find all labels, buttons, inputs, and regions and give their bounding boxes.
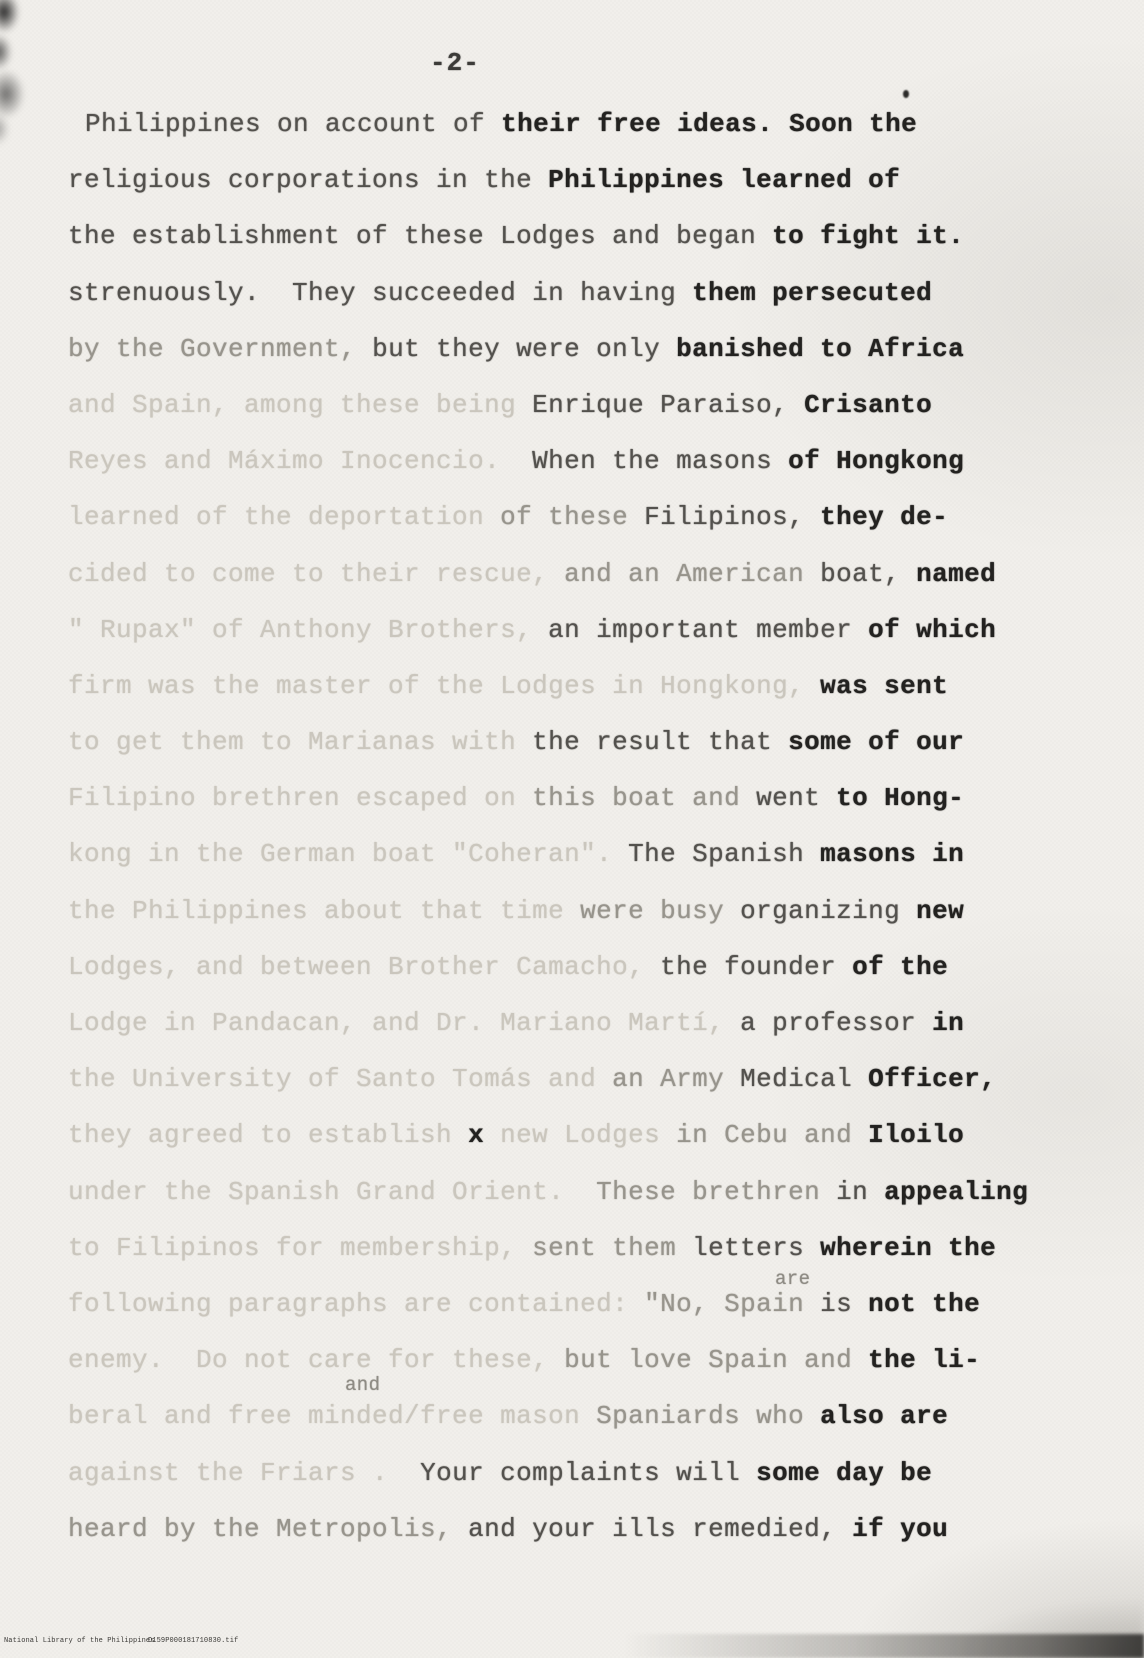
text-segment: When the masons: [532, 446, 788, 476]
text-segment: the establishment of these Lodges and be…: [68, 221, 772, 251]
text-segment: to get them to Marianas with: [68, 727, 532, 757]
scanned-document-page: -2- Philippines on account of their free…: [0, 0, 1144, 1658]
text-segment: their free ideas. Soon the: [501, 109, 917, 139]
text-line: Reyes and Máximo Inocencio. When the mas…: [68, 433, 1128, 489]
text-segment: was sent: [820, 671, 948, 701]
text-segment: and an American: [564, 559, 820, 589]
text-segment: Enrique Paraiso,: [532, 390, 804, 420]
footer-library-label: National Library of the Philippines: [4, 1637, 155, 1645]
text-line: heard by the Metropolis, and your ills r…: [68, 1501, 1128, 1557]
scan-footer: National Library of the Philippines D159…: [0, 1637, 1144, 1651]
text-segment: sent them: [532, 1233, 692, 1263]
text-segment: were busy: [580, 896, 740, 926]
text-segment: against the Friars .: [68, 1458, 420, 1488]
text-segment: Your complaints will: [420, 1458, 756, 1488]
text-segment: the founder: [660, 952, 852, 982]
text-line: " Rupax" of Anthony Brothers, an importa…: [68, 602, 1128, 658]
text-line: to Filipinos for membership, sent them l…: [68, 1220, 1128, 1276]
text-segment: learned of the deportation: [68, 502, 500, 532]
text-line: cided to come to their rescue, and an Am…: [68, 546, 1128, 602]
text-line: under the Spanish Grand Orient. These br…: [68, 1164, 1128, 1220]
text-line: they agreed to establish x new Lodges in…: [68, 1107, 1128, 1163]
text-segment: the Philippines about that time: [68, 896, 580, 926]
text-segment: named: [916, 559, 996, 589]
text-segment: of these: [500, 502, 644, 532]
text-segment: Reyes and Máximo Inocencio.: [68, 446, 532, 476]
text-segment: they agreed to establish: [68, 1120, 468, 1150]
text-segment: following paragraphs are contained:: [68, 1289, 644, 1319]
text-segment: and your ills remedied,: [468, 1514, 852, 1544]
text-line: the University of Santo Tomás and an Arm…: [68, 1051, 1128, 1107]
text-segment: of which: [868, 615, 996, 645]
text-line: religious corporations in the Philippine…: [68, 152, 1128, 208]
ink-smudge-artifact: [0, 0, 44, 154]
text-segment: some day be: [756, 1458, 932, 1488]
text-line: and Spain, among these being Enrique Par…: [68, 377, 1128, 433]
text-segment: in: [836, 1177, 884, 1207]
text-segment: an important member: [548, 615, 868, 645]
text-segment: and Spain, among these being: [68, 390, 532, 420]
interline-insertion: and: [345, 1374, 380, 1396]
text-segment: firm was the master of the Lodges in Hon…: [68, 671, 820, 701]
text-segment: of Hongkong: [788, 446, 964, 476]
text-segment: x: [468, 1120, 484, 1150]
text-segment: kong in the German boat "Coheran".: [68, 839, 628, 869]
text-segment: new: [916, 896, 964, 926]
text-segment: Crisanto: [804, 390, 932, 420]
text-segment: The Spanish: [628, 839, 820, 869]
text-segment: the li-: [868, 1345, 980, 1375]
text-segment: Philippines learned of: [548, 165, 900, 195]
text-segment: to fight it.: [772, 221, 964, 251]
text-segment: heard by the Metropolis,: [68, 1514, 468, 1544]
text-segment: Spaniards who: [596, 1401, 820, 1431]
text-segment: Filipino brethren escaped on: [68, 783, 532, 813]
text-segment: to Filipinos for membership,: [68, 1233, 532, 1263]
page-number: -2-: [430, 48, 480, 78]
footer-filename: D159P000181710830.tif: [148, 1637, 238, 1645]
text-segment: religious corporations in the: [68, 165, 548, 195]
text-line: by the Government, but they were only ba…: [68, 321, 1128, 377]
text-segment: " Rupax" of Anthony Brothers,: [68, 615, 548, 645]
text-segment: but they were only: [372, 334, 676, 364]
text-line: learned of the deportation of these Fili…: [68, 489, 1128, 545]
text-segment: cided to come to their rescue,: [68, 559, 564, 589]
text-segment: not the: [868, 1289, 980, 1319]
text-line: to get them to Marianas with the result …: [68, 714, 1128, 770]
text-segment: Officer,: [868, 1064, 996, 1094]
text-line: following paragraphs are contained: "No,…: [68, 1276, 1128, 1332]
text-segment: banished to Africa: [676, 334, 964, 364]
text-segment: of the: [852, 952, 948, 982]
text-line: Lodges, and between Brother Camacho, the…: [68, 939, 1128, 995]
text-segment: wherein the: [820, 1233, 996, 1263]
document-body: Philippines on account of their free ide…: [68, 96, 1128, 1557]
text-segment: also are: [820, 1401, 948, 1431]
text-line: enemy. Do not care for these, but love S…: [68, 1332, 1128, 1388]
text-segment: Philippines on account of: [85, 109, 501, 139]
text-line: Filipino brethren escaped on this boat a…: [68, 770, 1128, 826]
text-segment: under the Spanish Grand Orient.: [68, 1177, 596, 1207]
text-segment: Lodges, and between Brother Camacho,: [68, 952, 660, 982]
text-segment: appealing: [884, 1177, 1028, 1207]
text-segment: is: [820, 1289, 868, 1319]
text-line: firm was the master of the Lodges in Hon…: [68, 658, 1128, 714]
text-segment: Lodge in Pandacan, and Dr. Mariano Martí…: [68, 1008, 740, 1038]
text-segment: Iloilo: [868, 1120, 964, 1150]
text-segment: in Cebu and: [676, 1120, 868, 1150]
text-segment: in: [932, 1008, 964, 1038]
text-line: kong in the German boat "Coheran". The S…: [68, 826, 1128, 882]
text-segment: them persecuted: [692, 278, 932, 308]
text-segment: new Lodges: [484, 1120, 676, 1150]
text-line: against the Friars . Your complaints wil…: [68, 1445, 1128, 1501]
text-segment: organizing: [740, 896, 916, 926]
text-segment: the result that: [532, 727, 788, 757]
text-segment: enemy. Do not care for these,: [68, 1345, 564, 1375]
text-segment: boat,: [820, 559, 916, 589]
text-segment: letters: [692, 1233, 820, 1263]
text-segment: Filipinos,: [644, 502, 820, 532]
text-segment: a professor: [740, 1008, 932, 1038]
text-segment: the University of Santo Tomás and: [68, 1064, 612, 1094]
text-segment: by the Government,: [68, 334, 372, 364]
text-segment: strenuously. They succeeded in having: [68, 278, 692, 308]
text-segment: went: [756, 783, 836, 813]
text-segment: These brethren: [596, 1177, 836, 1207]
text-line: the establishment of these Lodges and be…: [68, 208, 1128, 264]
text-segment: this boat and: [532, 783, 756, 813]
text-segment: "No, Spain: [644, 1289, 820, 1319]
text-segment: but love Spain and: [564, 1345, 868, 1375]
text-segment: some of our: [788, 727, 964, 757]
text-segment: Medical: [740, 1064, 868, 1094]
interline-insertion: are: [775, 1268, 810, 1290]
text-segment: an Army: [612, 1064, 740, 1094]
text-segment: beral and free minded/free mason: [68, 1401, 596, 1431]
text-line: beral and free minded/free mason Spaniar…: [68, 1388, 1128, 1444]
text-segment: if you: [852, 1514, 948, 1544]
text-line: Philippines on account of their free ide…: [68, 96, 1128, 152]
text-line: Lodge in Pandacan, and Dr. Mariano Martí…: [68, 995, 1128, 1051]
text-line: strenuously. They succeeded in having th…: [68, 265, 1128, 321]
text-segment: they de-: [820, 502, 948, 532]
text-segment: masons in: [820, 839, 964, 869]
text-segment: to Hong-: [836, 783, 964, 813]
text-line: the Philippines about that time were bus…: [68, 883, 1128, 939]
